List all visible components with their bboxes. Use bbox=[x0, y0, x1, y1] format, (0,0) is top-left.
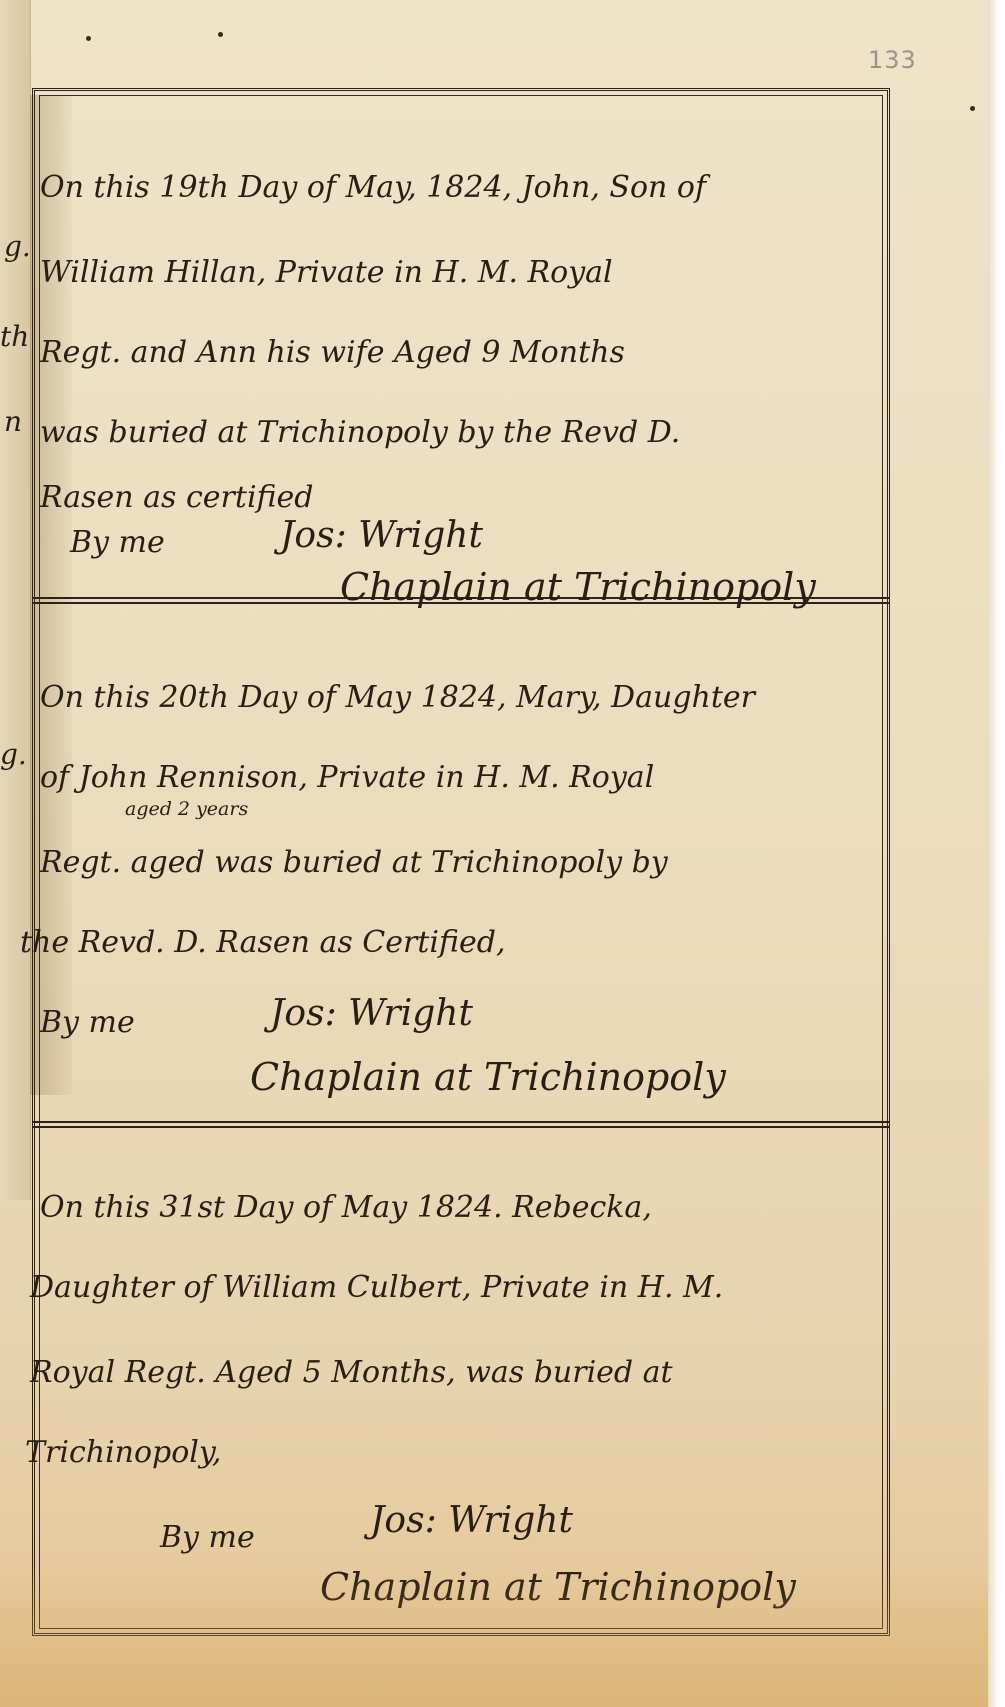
margin-fragment: th bbox=[0, 320, 29, 353]
entry-line: William Hillan, Private in H. M. Royal bbox=[40, 255, 613, 290]
previous-page-edge bbox=[0, 0, 31, 1200]
register-page: g. th n g. 133 On this 19th Day of May, … bbox=[0, 0, 988, 1707]
signature-title: Chaplain at Trichinopoly bbox=[250, 1055, 726, 1099]
entry-divider bbox=[32, 1121, 890, 1128]
entry-line: On this 31st Day of May 1824. Rebecka, bbox=[40, 1190, 652, 1225]
margin-fragment: n bbox=[4, 405, 22, 438]
margin-fragment: g. bbox=[4, 230, 31, 263]
entry-line: On this 19th Day of May, 1824, John, Son… bbox=[40, 170, 706, 205]
signature-prefix: By me bbox=[70, 525, 165, 560]
signature-name: Jos: Wright bbox=[370, 1500, 573, 1541]
entry-line: On this 20th Day of May 1824, Mary, Daug… bbox=[40, 680, 755, 715]
interlinear-note: aged 2 years bbox=[125, 798, 248, 820]
page-right-edge bbox=[988, 0, 1005, 1707]
entry-line: was buried at Trichinopoly by the Revd D… bbox=[40, 415, 680, 450]
ink-speck bbox=[218, 32, 223, 37]
entry-line: of John Rennison, Private in H. M. Royal bbox=[40, 760, 654, 795]
ink-speck bbox=[86, 36, 91, 41]
entry-line: Rasen as certified bbox=[40, 480, 314, 515]
signature-title: Chaplain at Trichinopoly bbox=[320, 1565, 796, 1609]
entry-line: Trichinopoly, bbox=[25, 1435, 221, 1470]
ink-speck bbox=[970, 106, 975, 111]
signature-prefix: By me bbox=[160, 1520, 255, 1555]
signature-title: Chaplain at Trichinopoly bbox=[340, 565, 816, 609]
entry-line: the Revd. D. Rasen as Certified, bbox=[20, 925, 505, 960]
signature-name: Jos: Wright bbox=[280, 515, 483, 556]
entry-line: Regt. aged was buried at Trichinopoly by bbox=[40, 845, 668, 880]
page-number: 133 bbox=[868, 46, 917, 74]
margin-fragment: g. bbox=[0, 738, 27, 771]
entry-line: Royal Regt. Aged 5 Months, was buried at bbox=[30, 1355, 673, 1390]
entry-line: Regt. and Ann his wife Aged 9 Months bbox=[40, 335, 625, 370]
entry-line: Daughter of William Culbert, Private in … bbox=[30, 1270, 723, 1305]
signature-prefix: By me bbox=[40, 1005, 135, 1040]
signature-name: Jos: Wright bbox=[270, 993, 473, 1034]
